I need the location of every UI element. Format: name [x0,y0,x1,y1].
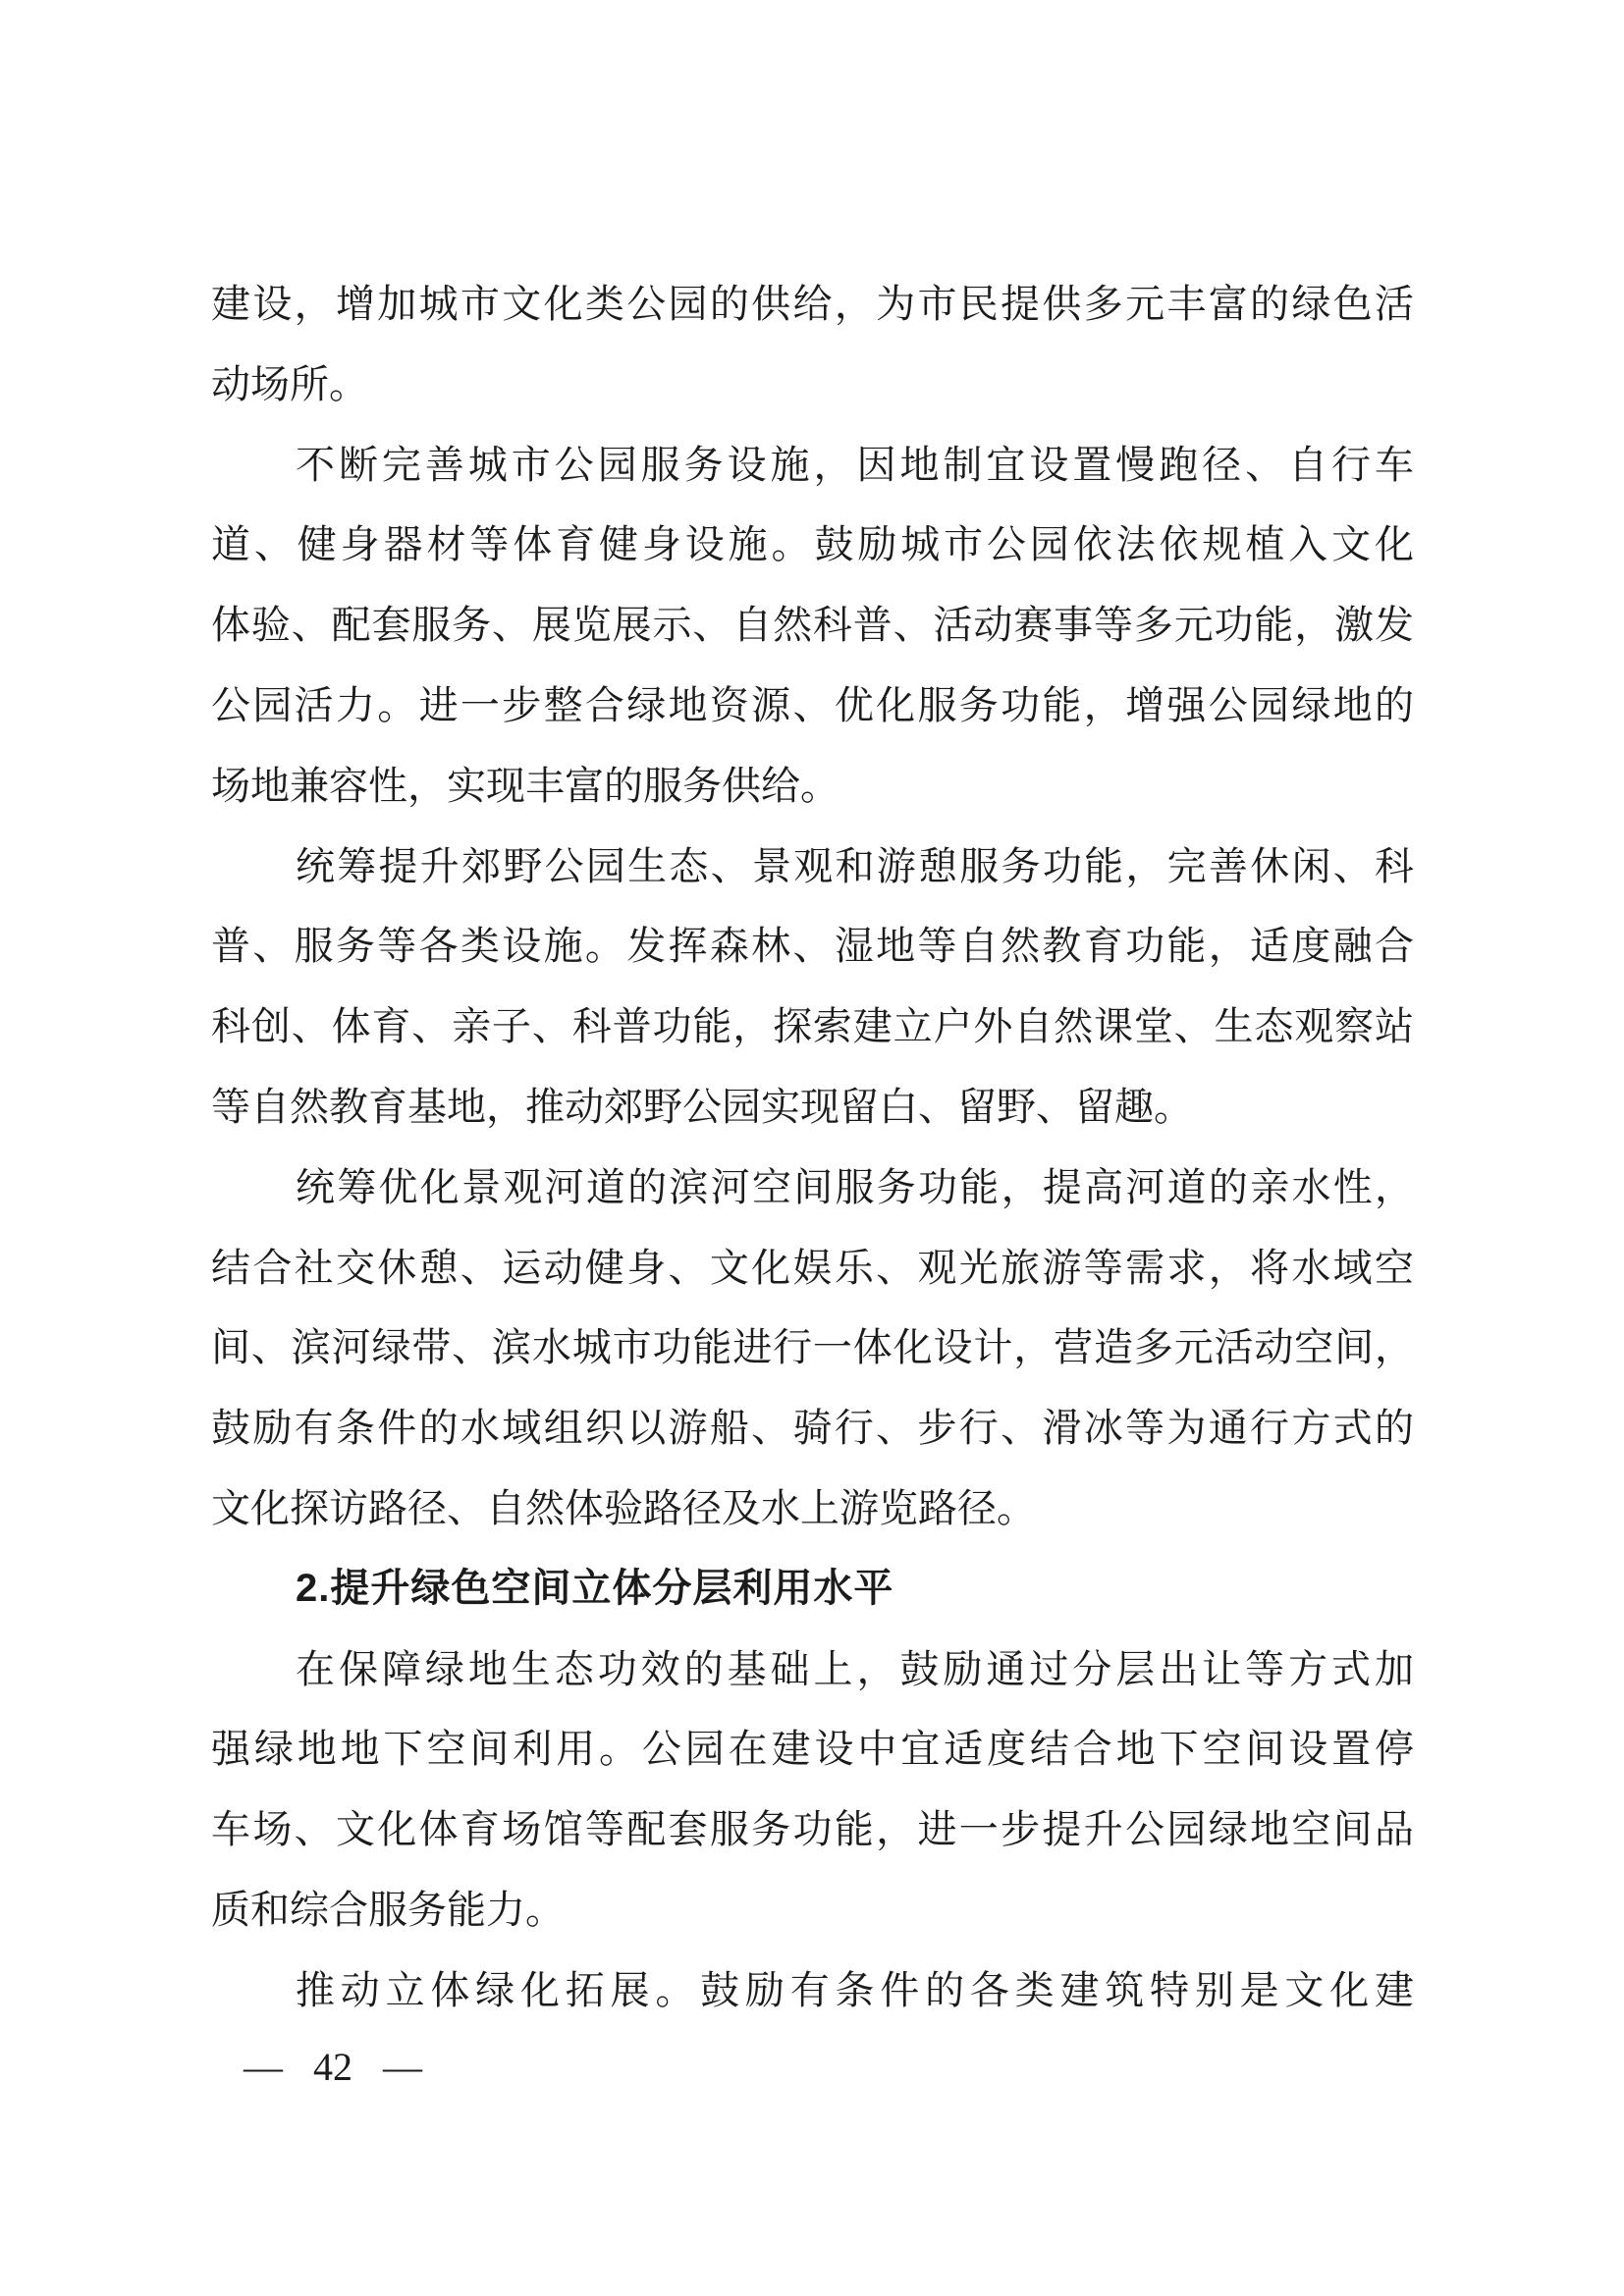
text-line: 普、服务等各类设施。发挥森林、湿地等自然教育功能，适度融合 [211,906,1414,987]
document-body-text: 建设，增加城市文化类公园的供给，为市民提供多元丰富的绿色活动场所。不断完善城市公… [211,264,1414,2031]
text-line: 间、滨河绿带、滨水城市功能进行一体化设计，营造多元活动空间， [211,1308,1414,1388]
text-line: 车场、文化体育场馆等配套服务功能，进一步提升公园绿地空间品 [211,1789,1414,1870]
text-line: 统筹优化景观河道的滨河空间服务功能，提高河道的亲水性， [211,1148,1414,1228]
text-line: 科创、体育、亲子、科普功能，探索建立户外自然课堂、生态观察站 [211,987,1414,1067]
text-line: 在保障绿地生态功效的基础上，鼓励通过分层出让等方式加 [211,1629,1414,1710]
text-line: 场地兼容性，实现丰富的服务供给。 [211,746,1414,827]
text-line: 推动立体绿化拓展。鼓励有条件的各类建筑特别是文化建 [211,1950,1414,2031]
text-line: 建设，增加城市文化类公园的供给，为市民提供多元丰富的绿色活 [211,264,1414,345]
text-line: 等自然教育基地，推动郊野公园实现留白、留野、留趣。 [211,1067,1414,1148]
page-footer: — 42 — [244,2041,422,2092]
section-heading: 2.提升绿色空间立体分层利用水平 [211,1549,1414,1629]
text-line: 质和综合服务能力。 [211,1870,1414,1950]
text-line: 文化探访路径、自然体验路径及水上游览路径。 [211,1468,1414,1549]
text-line: 动场所。 [211,345,1414,425]
document-page: 建设，增加城市文化类公园的供给，为市民提供多元丰富的绿色活动场所。不断完善城市公… [0,0,1624,2296]
text-line: 不断完善城市公园服务设施，因地制宜设置慢跑径、自行车 [211,425,1414,506]
text-line: 统筹提升郊野公园生态、景观和游憩服务功能，完善休闲、科 [211,827,1414,907]
text-line: 强绿地地下空间利用。公园在建设中宜适度结合地下空间设置停 [211,1709,1414,1789]
footer-left-dash: — [244,2044,283,2090]
text-line: 结合社交休憩、运动健身、文化娱乐、观光旅游等需求，将水域空 [211,1228,1414,1308]
footer-right-dash: — [383,2044,422,2090]
page-number: 42 [313,2044,352,2090]
text-line: 体验、配套服务、展览展示、自然科普、活动赛事等多元功能，激发 [211,585,1414,666]
text-line: 公园活力。进一步整合绿地资源、优化服务功能，增强公园绿地的 [211,666,1414,746]
text-line: 道、健身器材等体育健身设施。鼓励城市公园依法依规植入文化 [211,505,1414,585]
text-line: 鼓励有条件的水域组织以游船、骑行、步行、滑冰等为通行方式的 [211,1388,1414,1468]
